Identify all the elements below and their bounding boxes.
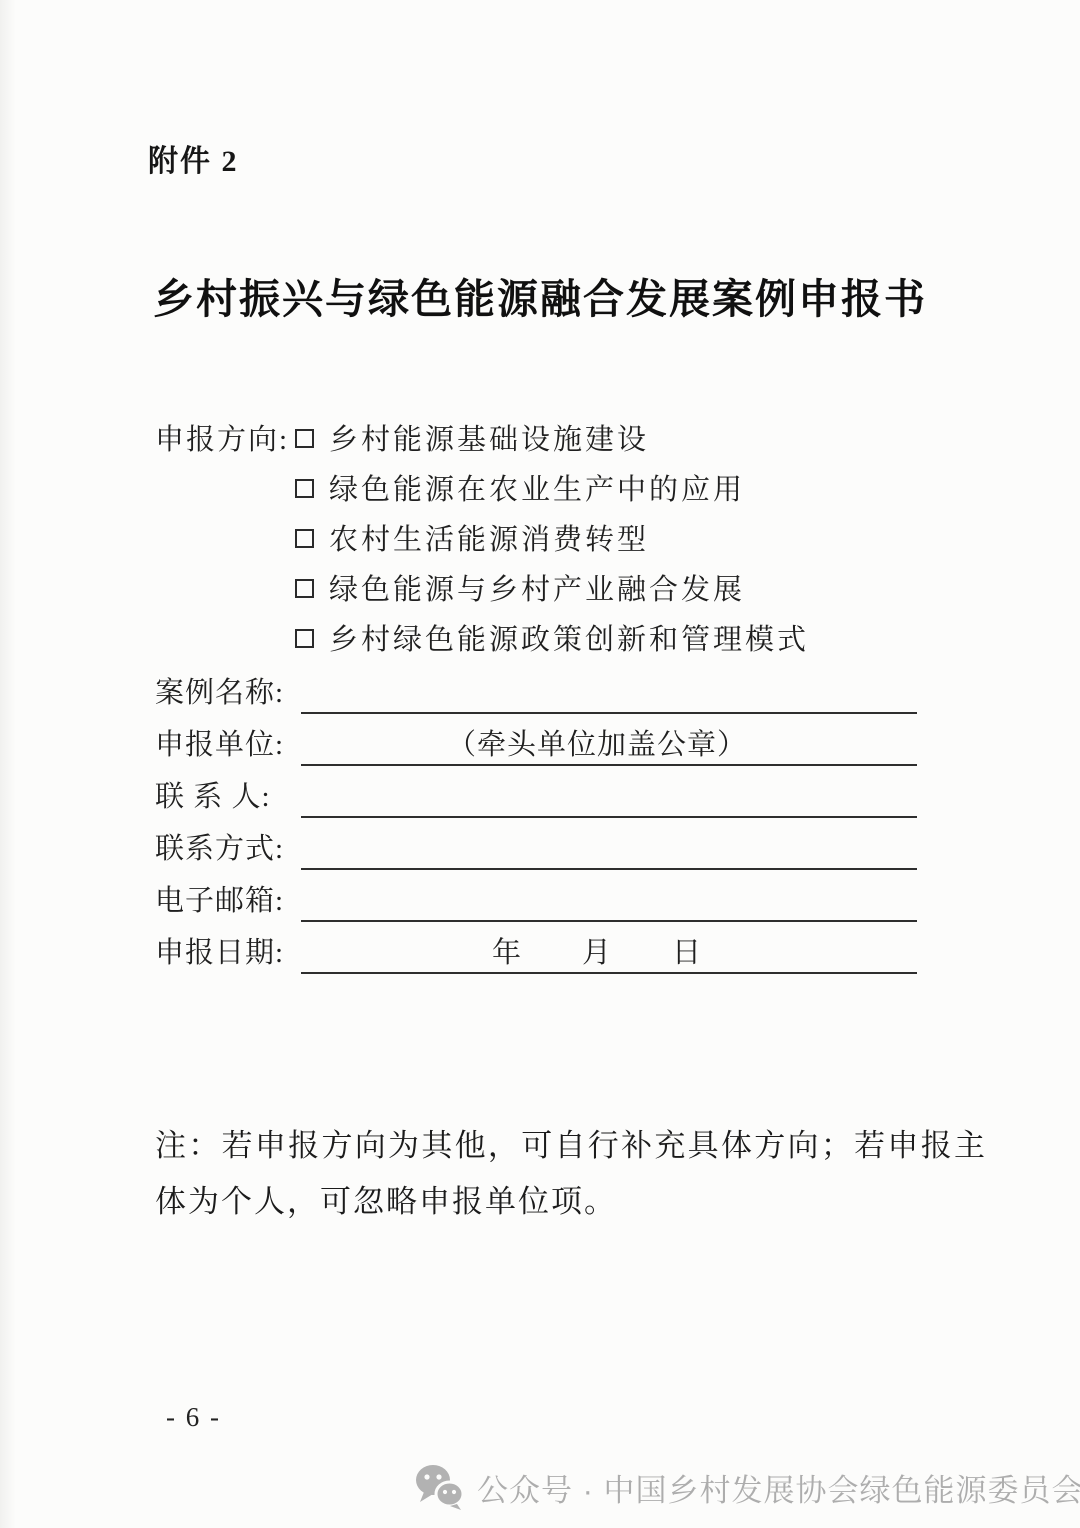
- applicant-unit-annotation: （牵头单位加盖公章）: [447, 722, 747, 764]
- direction-option-2: 绿色能源在农业生产中的应用: [329, 467, 745, 508]
- watermark-text: 公众号 · 中国乡村发展协会绿色能源委员会: [477, 1465, 1080, 1510]
- document-title: 乡村振兴与绿色能源融合发展案例申报书: [0, 266, 1080, 325]
- application-date-label: 申报日期:: [155, 930, 301, 974]
- direction-row-5: 乡村绿色能源政策创新和管理模式: [155, 612, 919, 662]
- checkbox-direction-4: [295, 579, 314, 598]
- field-row-contact-person: 联 系 人:: [155, 766, 919, 818]
- application-date-annotation: 年 月 日: [492, 930, 702, 972]
- contact-person-label: 联 系 人:: [155, 774, 301, 818]
- email-blank-line: [301, 870, 917, 922]
- field-row-email: 电子邮箱:: [155, 870, 919, 922]
- direction-option-5: 乡村绿色能源政策创新和管理模式: [329, 617, 809, 658]
- case-name-label: 案例名称:: [155, 670, 301, 714]
- direction-option-1: 乡村能源基础设施建设: [329, 417, 649, 458]
- direction-row-2: 绿色能源在农业生产中的应用: [155, 462, 919, 512]
- field-row-application-date: 申报日期: 年 月 日: [155, 922, 919, 974]
- wechat-icon: [415, 1464, 465, 1510]
- note-text: 注：若申报方向为其他，可自行补充具体方向；若申报主体为个人，可忽略申报单位项。: [155, 1118, 987, 1230]
- direction-label: 申报方向:: [155, 417, 295, 458]
- direction-row-4: 绿色能源与乡村产业融合发展: [155, 562, 919, 612]
- applicant-unit-label: 申报单位:: [155, 722, 301, 766]
- case-name-blank-line: [301, 662, 917, 714]
- document-page: 附件 2 乡村振兴与绿色能源融合发展案例申报书 申报方向: 乡村能源基础设施建设…: [0, 0, 1080, 1528]
- direction-option-3: 农村生活能源消费转型: [329, 517, 649, 558]
- contact-person-blank-line: [301, 766, 917, 818]
- page-number: - 6 -: [166, 1402, 221, 1433]
- field-row-applicant-unit: 申报单位: （牵头单位加盖公章）: [155, 714, 919, 766]
- checkbox-direction-3: [295, 529, 314, 548]
- field-row-contact-method: 联系方式:: [155, 818, 919, 870]
- applicant-unit-blank-line: （牵头单位加盖公章）: [301, 714, 917, 766]
- watermark-footer: 公众号 · 中国乡村发展协会绿色能源委员会: [415, 1464, 1080, 1510]
- contact-method-blank-line: [301, 818, 917, 870]
- attachment-label: 附件 2: [148, 136, 239, 180]
- checkbox-direction-2: [295, 479, 314, 498]
- direction-row-1: 申报方向: 乡村能源基础设施建设: [155, 412, 919, 462]
- contact-method-label: 联系方式:: [155, 826, 301, 870]
- application-form: 申报方向: 乡村能源基础设施建设 绿色能源在农业生产中的应用 农村生活能源消费转…: [155, 412, 919, 974]
- email-label: 电子邮箱:: [155, 878, 301, 922]
- application-date-blank-line: 年 月 日: [301, 922, 917, 974]
- checkbox-direction-5: [295, 629, 314, 648]
- direction-option-4: 绿色能源与乡村产业融合发展: [329, 567, 745, 608]
- field-row-case-name: 案例名称:: [155, 662, 919, 714]
- checkbox-direction-1: [295, 429, 314, 448]
- direction-row-3: 农村生活能源消费转型: [155, 512, 919, 562]
